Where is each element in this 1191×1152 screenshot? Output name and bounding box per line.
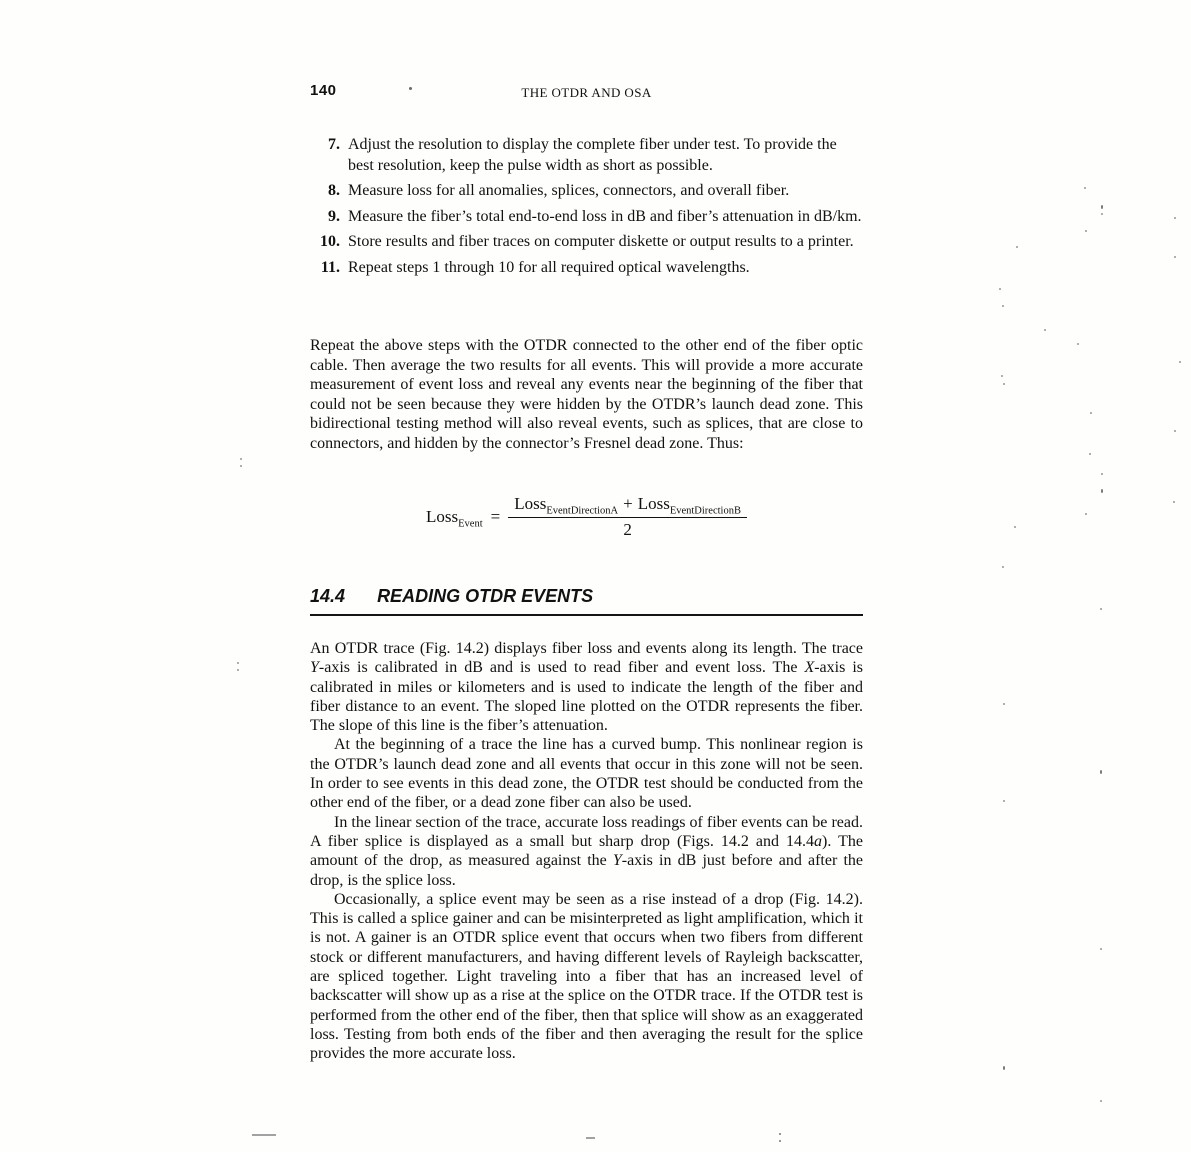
scan-speck xyxy=(1016,246,1018,248)
scan-speck xyxy=(1174,430,1176,432)
scan-speck xyxy=(1100,1100,1102,1102)
scan-speck xyxy=(1173,501,1175,503)
scan-speck xyxy=(1179,361,1181,363)
list-item-number: 10. xyxy=(310,232,340,253)
scan-speck xyxy=(779,1140,781,1142)
list-item-number: 8. xyxy=(310,181,340,202)
section-number: 14.4 xyxy=(310,586,345,606)
list-item: 8. Measure loss for all anomalies, splic… xyxy=(310,181,863,202)
scan-speck xyxy=(1100,608,1102,610)
scan-speck xyxy=(1002,305,1004,307)
scan-speck xyxy=(1174,217,1176,219)
scan-speck xyxy=(1003,800,1005,802)
scan-speck xyxy=(1003,1066,1005,1070)
section-heading: 14.4 READING OTDR EVENTS xyxy=(310,586,863,616)
running-head: THE OTDR AND OSA xyxy=(310,85,863,101)
page-header: 140 THE OTDR AND OSA xyxy=(310,82,863,102)
body-paragraph-2: At the beginning of a trace the line has… xyxy=(310,735,863,812)
scan-speck xyxy=(1085,513,1087,515)
list-item-text: Measure the fiber’s total end-to-end los… xyxy=(348,207,863,228)
list-item: 7. Adjust the resolution to display the … xyxy=(310,135,863,176)
section-title: READING OTDR EVENTS xyxy=(377,586,593,606)
scan-speck xyxy=(240,458,242,460)
scan-speck xyxy=(1089,453,1091,455)
formula-lhs: LossEvent xyxy=(426,507,483,527)
list-item-text: Adjust the resolution to display the com… xyxy=(348,135,863,176)
scan-speck xyxy=(1101,489,1103,493)
scan-speck xyxy=(779,1133,781,1135)
loss-average-formula: LossEvent = LossEventDirectionA+LossEven… xyxy=(310,494,863,540)
formula-fraction: LossEventDirectionA+LossEventDirectionB … xyxy=(508,494,747,540)
list-item-number: 11. xyxy=(310,258,340,279)
scan-speck xyxy=(409,87,412,90)
book-page: 140 THE OTDR AND OSA 7. Adjust the resol… xyxy=(0,0,1191,1152)
procedure-list: 7. Adjust the resolution to display the … xyxy=(310,135,863,283)
body-paragraph-1: An OTDR trace (Fig. 14.2) displays fiber… xyxy=(310,639,863,735)
scan-speck xyxy=(237,669,239,671)
scan-dash xyxy=(252,1134,276,1136)
scan-dash xyxy=(586,1137,595,1139)
body-paragraph-3: In the linear section of the trace, accu… xyxy=(310,813,863,890)
list-item: 10. Store results and fiber traces on co… xyxy=(310,232,863,253)
scan-speck xyxy=(1002,566,1004,568)
formula-equals: = xyxy=(491,507,501,527)
scan-speck xyxy=(1003,383,1005,385)
scan-speck xyxy=(240,465,242,467)
list-item-text: Measure loss for all anomalies, splices,… xyxy=(348,181,863,202)
list-item-text: Store results and fiber traces on comput… xyxy=(348,232,863,253)
scan-speck xyxy=(1084,187,1086,189)
scan-speck xyxy=(1101,473,1103,475)
list-item-number: 7. xyxy=(310,135,340,176)
formula-numerator: LossEventDirectionA+LossEventDirectionB xyxy=(508,494,747,518)
scan-speck xyxy=(1101,205,1103,209)
scan-speck xyxy=(1001,375,1003,377)
scan-speck xyxy=(999,288,1001,290)
formula-denominator: 2 xyxy=(623,518,632,540)
list-item: 11. Repeat steps 1 through 10 for all re… xyxy=(310,258,863,279)
scan-speck xyxy=(1077,343,1079,345)
scan-speck xyxy=(1100,948,1102,950)
scan-speck xyxy=(1101,213,1103,215)
scan-speck xyxy=(1085,230,1087,232)
section-body: An OTDR trace (Fig. 14.2) displays fiber… xyxy=(310,639,863,1064)
list-item-number: 9. xyxy=(310,207,340,228)
scan-speck xyxy=(1100,770,1102,774)
intro-paragraph: Repeat the above steps with the OTDR con… xyxy=(310,336,863,454)
scan-speck xyxy=(1090,412,1092,414)
scan-speck xyxy=(237,662,239,664)
body-paragraph-4: Occasionally, a splice event may be seen… xyxy=(310,890,863,1064)
scan-speck xyxy=(1174,256,1176,258)
list-item-text: Repeat steps 1 through 10 for all requir… xyxy=(348,258,863,279)
scan-speck xyxy=(1014,526,1016,528)
list-item: 9. Measure the fiber’s total end-to-end … xyxy=(310,207,863,228)
scan-speck xyxy=(1044,329,1046,331)
scan-speck xyxy=(1003,703,1005,705)
